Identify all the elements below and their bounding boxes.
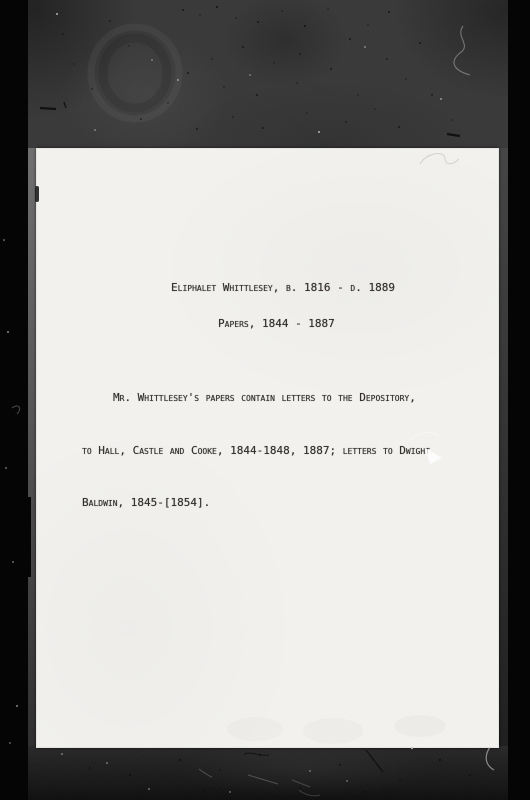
film-gutter-right (499, 148, 508, 748)
film-gutter-left (28, 148, 36, 750)
card-subtitle: Papers, 1844 - 1887 (218, 315, 335, 333)
microfilm-frame: Eliphalet Whittlesey, b. 1816 - d. 1889 … (0, 0, 530, 800)
card-body: Mr. Whittlesey's papers contain letters … (82, 354, 430, 547)
card-body-line: to Hall, Castle and Cooke, 1844-1848, 18… (82, 442, 430, 460)
card-title: Eliphalet Whittlesey, b. 1816 - d. 1889 (171, 279, 395, 297)
film-background-top (25, 0, 510, 150)
film-border-left (0, 0, 28, 800)
film-background-bottom (25, 746, 510, 800)
card-body-line: Baldwin, 1845-[1854]. (82, 494, 430, 512)
film-border-left-notch (0, 497, 31, 577)
film-border-right (508, 0, 530, 800)
catalog-card: Eliphalet Whittlesey, b. 1816 - d. 1889 … (36, 148, 499, 748)
card-body-line: Mr. Whittlesey's papers contain letters … (82, 389, 430, 407)
